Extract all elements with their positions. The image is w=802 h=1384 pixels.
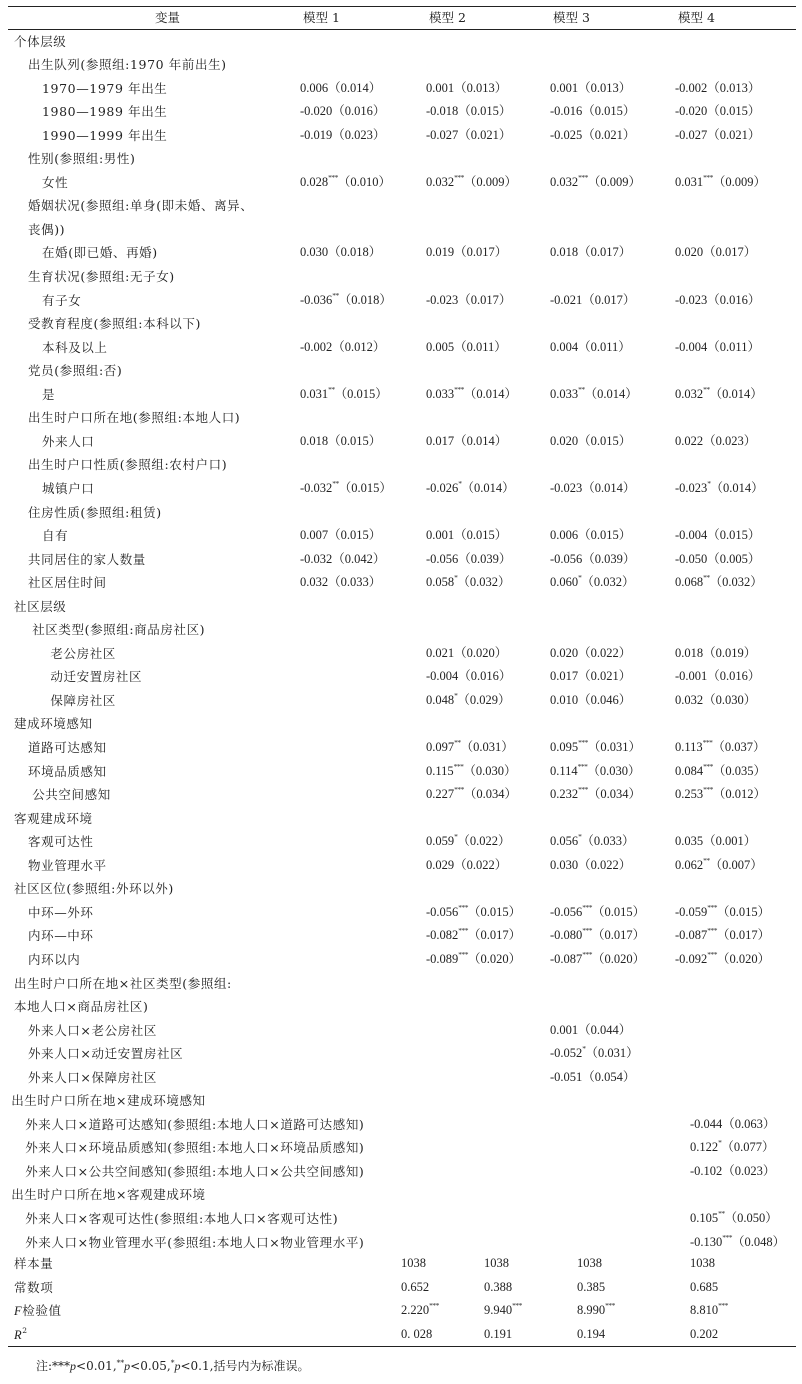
row-label: 出生时户口性质(参照组:农村户口): [28, 453, 227, 476]
table-row: 有子女-0.036**（0.018）-0.023（0.017）-0.021（0.…: [0, 289, 802, 312]
row-label: 受教育程度(参照组:本科以下): [28, 312, 201, 335]
summary-row: 常数项0.6520.3880.3850.685: [0, 1276, 802, 1299]
cell-model-3: 0.030（0.022）: [550, 854, 631, 877]
summary-cell-model-3: 0.385: [577, 1276, 605, 1299]
significance-stars: ***: [578, 173, 588, 182]
cell-model-3: 0.033**（0.014）: [550, 383, 638, 406]
cell-model-4: -0.102（0.023）: [690, 1160, 775, 1183]
cell-model-2: -0.027（0.021）: [426, 124, 511, 147]
row-label: 1990—1999 年出生: [42, 124, 167, 147]
table-row: 自有0.007（0.015）0.001（0.015）0.006（0.015）-0…: [0, 524, 802, 547]
significance-stars: *: [454, 573, 457, 582]
table-row: 社区类型(参照组:商品房社区): [0, 618, 802, 641]
cell-model-1: -0.032**（0.015）: [300, 477, 392, 500]
table-row: 出生队列(参照组:1970 年前出生): [0, 53, 802, 76]
row-label: 出生队列(参照组:1970 年前出生): [28, 53, 227, 76]
cell-model-2: 0.005（0.011）: [426, 336, 507, 359]
cell-model-3: -0.021（0.017）: [550, 289, 635, 312]
summary-label: 常数项: [14, 1276, 53, 1299]
table-row: 在婚(即已婚、再婚)0.030（0.018）0.019（0.017）0.018（…: [0, 241, 802, 264]
table-row: 1990—1999 年出生-0.019（0.023）-0.027（0.021）-…: [0, 124, 802, 147]
row-label: 道路可达感知: [28, 736, 107, 759]
significance-stars: ***: [458, 926, 468, 935]
cell-model-4: 0.062**（0.007）: [675, 854, 763, 877]
cell-model-4: 0.122*（0.077）: [690, 1136, 775, 1159]
significance-stars: ***: [582, 903, 592, 912]
significance-stars: *: [454, 691, 457, 700]
row-label: 城镇户口: [42, 477, 94, 500]
significance-stars: ***: [454, 385, 464, 394]
table-row: 保障房社区0.048*（0.029）0.010（0.046）0.032（0.03…: [0, 689, 802, 712]
header-model-2: 模型 2: [429, 9, 466, 27]
row-label: 共同居住的家人数量: [28, 548, 146, 571]
table-row: 社区居住时间0.032（0.033）0.058*（0.032）0.060*（0.…: [0, 571, 802, 594]
cell-model-1: 0.028***（0.010）: [300, 171, 391, 194]
row-label: 丧偶)): [28, 218, 65, 241]
cell-model-2: 0.033***（0.014）: [426, 383, 517, 406]
cell-model-2: -0.023（0.017）: [426, 289, 511, 312]
significance-stars: ***: [578, 738, 588, 747]
significance-stars: ***: [458, 950, 468, 959]
cell-model-4: -0.004（0.015）: [675, 524, 760, 547]
header-model-4: 模型 4: [678, 9, 715, 27]
row-label: 1980—1989 年出生: [42, 100, 167, 123]
cell-model-2: 0.029（0.022）: [426, 854, 507, 877]
row-label: 外来人口×公共空间感知(参照组:本地人口×公共空间感知): [25, 1160, 364, 1183]
significance-stars: ***: [707, 950, 717, 959]
table-row: 党员(参照组:否): [0, 359, 802, 382]
row-label: 婚姻状况(参照组:单身(即未婚、离异、: [28, 194, 253, 217]
significance-stars: **: [328, 385, 335, 394]
table-row: 丧偶)): [0, 218, 802, 241]
table-row: 性别(参照组:男性): [0, 147, 802, 170]
significance-stars: **: [454, 738, 461, 747]
row-label: 社区居住时间: [28, 571, 107, 594]
table-row: 动迁安置房社区-0.004（0.016）0.017（0.021）-0.001（0…: [0, 665, 802, 688]
table-row: 内环以内-0.089***（0.020）-0.087***（0.020）-0.0…: [0, 948, 802, 971]
table-row: 客观建成环境: [0, 807, 802, 830]
row-label: 1970—1979 年出生: [42, 77, 167, 100]
cell-model-4: 0.113***（0.037）: [675, 736, 766, 759]
table-row: 老公房社区0.021（0.020）0.020（0.022）0.018（0.019…: [0, 642, 802, 665]
table-row: 外来人口×环境品质感知(参照组:本地人口×环境品质感知)0.122*（0.077…: [0, 1136, 802, 1159]
cell-model-4: -0.023*（0.014）: [675, 477, 764, 500]
table-row: 本地人口×商品房社区): [0, 995, 802, 1018]
table-row: 外来人口×动迁安置房社区-0.052*（0.031）: [0, 1042, 802, 1065]
cell-model-2: 0.019（0.017）: [426, 241, 507, 264]
cell-model-4: -0.044（0.063）: [690, 1113, 775, 1136]
cell-model-3: 0.001（0.044）: [550, 1019, 631, 1042]
row-label: 有子女: [42, 289, 81, 312]
row-label: 社区类型(参照组:商品房社区): [32, 618, 205, 641]
significance-stars: ***: [605, 1301, 615, 1310]
cell-model-3: -0.025（0.021）: [550, 124, 635, 147]
table-row: 公共空间感知0.227***（0.034）0.232***（0.034）0.25…: [0, 783, 802, 806]
row-label: 内环以内: [28, 948, 80, 971]
significance-stars: ***: [458, 903, 468, 912]
significance-stars: *: [458, 479, 461, 488]
cell-model-1: 0.006（0.014）: [300, 77, 381, 100]
cell-model-4: -0.087***（0.017）: [675, 924, 770, 947]
row-label: 外来人口×道路可达感知(参照组:本地人口×道路可达感知): [25, 1113, 364, 1136]
cell-model-1: -0.002（0.012）: [300, 336, 385, 359]
significance-stars: ***: [707, 926, 717, 935]
cell-model-2: 0.059*（0.022）: [426, 830, 511, 853]
table-row: 城镇户口-0.032**（0.015）-0.026*（0.014）-0.023（…: [0, 477, 802, 500]
row-label: 住房性质(参照组:租赁): [28, 501, 162, 524]
summary-label: R2: [14, 1323, 28, 1347]
summary-cell-model-1: 0. 028: [401, 1323, 432, 1346]
table-row: 共同居住的家人数量-0.032（0.042）-0.056（0.039）-0.05…: [0, 548, 802, 571]
cell-model-4: 0.022（0.023）: [675, 430, 756, 453]
row-label: 性别(参照组:男性): [28, 147, 135, 170]
table-row: 社区层级: [0, 595, 802, 618]
cell-model-4: 0.032（0.030）: [675, 689, 756, 712]
cell-model-4: 0.031***（0.009）: [675, 171, 766, 194]
summary-row: R20. 0280.1910.1940.202: [0, 1323, 802, 1346]
summary-cell-model-3: 1038: [577, 1252, 602, 1275]
cell-model-2: 0.048*（0.029）: [426, 689, 511, 712]
table-row: 女性0.028***（0.010）0.032***（0.009）0.032***…: [0, 171, 802, 194]
row-label: 外来人口×客观可达性(参照组:本地人口×客观可达性): [25, 1207, 338, 1230]
significance-stars: ***: [454, 762, 464, 771]
table-row: 外来人口×公共空间感知(参照组:本地人口×公共空间感知)-0.102（0.023…: [0, 1160, 802, 1183]
table-row: 婚姻状况(参照组:单身(即未婚、离异、: [0, 194, 802, 217]
cell-model-2: -0.004（0.016）: [426, 665, 511, 688]
row-label: 党员(参照组:否): [28, 359, 122, 382]
row-label: 老公房社区: [50, 642, 116, 665]
table-row: 是0.031**（0.015）0.033***（0.014）0.033**（0.…: [0, 383, 802, 406]
table-row: 客观可达性0.059*（0.022）0.056*（0.033）0.035（0.0…: [0, 830, 802, 853]
row-label: 生育状况(参照组:无子女): [28, 265, 175, 288]
cell-model-4: 0.253***（0.012）: [675, 783, 766, 806]
table-row: 出生时户口所在地×社区类型(参照组:: [0, 972, 802, 995]
cell-model-3: 0.006（0.015）: [550, 524, 631, 547]
significance-stars: ***: [703, 738, 713, 747]
row-label: 外来人口×动迁安置房社区: [28, 1042, 183, 1065]
significance-stars: **: [578, 385, 585, 394]
cell-model-3: -0.051（0.054）: [550, 1066, 635, 1089]
significance-stars: *: [718, 1138, 721, 1147]
cell-model-3: -0.056***（0.015）: [550, 901, 645, 924]
cell-model-4: 0.032**（0.014）: [675, 383, 763, 406]
summary-cell-model-4: 0.202: [690, 1323, 718, 1346]
summary-cell-model-2: 0.191: [484, 1323, 512, 1346]
significance-stars: ***: [703, 173, 713, 182]
summary-cell-model-1: 2.220***: [401, 1299, 439, 1322]
summary-row: 样本量1038103810381038: [0, 1252, 802, 1275]
table-row: 1980—1989 年出生-0.020（0.016）-0.018（0.015）-…: [0, 100, 802, 123]
cell-model-3: -0.087***（0.020）: [550, 948, 645, 971]
row-label: 是: [42, 383, 55, 406]
summary-cell-model-2: 0.388: [484, 1276, 512, 1299]
significance-stars: *: [578, 832, 581, 841]
cell-model-3: -0.080***（0.017）: [550, 924, 645, 947]
header-variable: 变量: [155, 9, 180, 27]
cell-model-1: 0.007（0.015）: [300, 524, 381, 547]
summary-row: F检验值2.220***9.940***8.990***8.810***: [0, 1299, 802, 1322]
row-label: 本科及以上: [42, 336, 108, 359]
cell-model-2: -0.082***（0.017）: [426, 924, 521, 947]
cell-model-4: 0.020（0.017）: [675, 241, 756, 264]
significance-stars: **: [703, 385, 710, 394]
table-row: 内环—中环-0.082***（0.017）-0.080***（0.017）-0.…: [0, 924, 802, 947]
cell-model-4: 0.018（0.019）: [675, 642, 756, 665]
cell-model-4: -0.092***（0.020）: [675, 948, 770, 971]
cell-model-4: -0.050（0.005）: [675, 548, 760, 571]
cell-model-3: 0.001（0.013）: [550, 77, 631, 100]
cell-model-3: 0.232***（0.034）: [550, 783, 641, 806]
row-label: 外来人口: [42, 430, 94, 453]
significance-stars: ***: [703, 785, 713, 794]
significance-stars: *: [707, 479, 710, 488]
row-label: 内环—中环: [28, 924, 94, 947]
significance-stars: ***: [722, 1233, 732, 1242]
summary-cell-model-2: 9.940***: [484, 1299, 522, 1322]
summary-cell-model-3: 0.194: [577, 1323, 605, 1346]
significance-stars: **: [332, 479, 339, 488]
cell-model-2: 0.097**（0.031）: [426, 736, 514, 759]
cell-model-1: 0.031**（0.015）: [300, 383, 388, 406]
significance-stars: *: [578, 573, 581, 582]
cell-model-3: 0.010（0.046）: [550, 689, 631, 712]
cell-model-2: 0.032***（0.009）: [426, 171, 517, 194]
header-model-1: 模型 1: [303, 9, 340, 27]
row-label: 出生时户口所在地×客观建成环境: [11, 1183, 205, 1206]
cell-model-3: 0.060*（0.032）: [550, 571, 635, 594]
cell-model-3: -0.016（0.015）: [550, 100, 635, 123]
row-label: 个体层级: [14, 30, 66, 53]
summary-cell-model-2: 1038: [484, 1252, 509, 1275]
cell-model-2: -0.026*（0.014）: [426, 477, 515, 500]
row-label: 出生时户口所在地×社区类型(参照组:: [14, 972, 232, 995]
table-row: 本科及以上-0.002（0.012）0.005（0.011）0.004（0.01…: [0, 336, 802, 359]
row-label: 出生时户口所在地×建成环境感知: [11, 1089, 205, 1112]
table-row: 外来人口×客观可达性(参照组:本地人口×客观可达性)0.105**（0.050）: [0, 1207, 802, 1230]
summary-cell-model-1: 0.652: [401, 1276, 429, 1299]
significance-stars: ***: [582, 926, 592, 935]
cell-model-3: 0.056*（0.033）: [550, 830, 635, 853]
cell-model-2: -0.018（0.015）: [426, 100, 511, 123]
cell-model-4: -0.002（0.013）: [675, 77, 760, 100]
row-label: 外来人口×环境品质感知(参照组:本地人口×环境品质感知): [25, 1136, 364, 1159]
summary-label: F检验值: [14, 1299, 62, 1323]
table-row: 出生时户口性质(参照组:农村户口): [0, 453, 802, 476]
table-note: 注:***p<0.01,**p<0.05,*p<0.1,括号内为标准误。: [36, 1354, 309, 1375]
significance-stars: ***: [328, 173, 338, 182]
table-row: 个体层级: [0, 30, 802, 53]
table-row: 住房性质(参照组:租赁): [0, 501, 802, 524]
cell-model-1: -0.020（0.016）: [300, 100, 385, 123]
cell-model-2: -0.056（0.039）: [426, 548, 511, 571]
significance-stars: ***: [578, 762, 588, 771]
cell-model-2: 0.017（0.014）: [426, 430, 507, 453]
significance-stars: ***: [707, 903, 717, 912]
summary-cell-model-1: 1038: [401, 1252, 426, 1275]
table-row: 物业管理水平0.029（0.022）0.030（0.022）0.062**（0.…: [0, 854, 802, 877]
table-row: 出生时户口所在地×客观建成环境: [0, 1183, 802, 1206]
table-row: 外来人口×保障房社区-0.051（0.054）: [0, 1066, 802, 1089]
cell-model-3: -0.056（0.039）: [550, 548, 635, 571]
row-label: 中环—外环: [28, 901, 94, 924]
table-row: 中环—外环-0.056***（0.015）-0.056***（0.015）-0.…: [0, 901, 802, 924]
cell-model-4: -0.023（0.016）: [675, 289, 760, 312]
table-row: 外来人口×老公房社区0.001（0.044）: [0, 1019, 802, 1042]
row-label: 在婚(即已婚、再婚): [42, 241, 158, 264]
row-label: 动迁安置房社区: [50, 665, 142, 688]
significance-stars: **: [703, 856, 710, 865]
cell-model-1: 0.030（0.018）: [300, 241, 381, 264]
summary-cell-model-4: 1038: [690, 1252, 715, 1275]
significance-stars: **: [332, 291, 339, 300]
cell-model-2: 0.058*（0.032）: [426, 571, 511, 594]
cell-model-3: 0.020（0.022）: [550, 642, 631, 665]
cell-model-3: 0.020（0.015）: [550, 430, 631, 453]
row-label: 本地人口×商品房社区): [14, 995, 148, 1018]
row-label: 自有: [42, 524, 68, 547]
row-label: 保障房社区: [50, 689, 116, 712]
table-row: 1970—1979 年出生0.006（0.014）0.001（0.013）0.0…: [0, 77, 802, 100]
cell-model-4: -0.001（0.016）: [675, 665, 760, 688]
significance-stars: ***: [703, 762, 713, 771]
table-row: 建成环境感知: [0, 712, 802, 735]
table-top-rule: [8, 6, 796, 7]
row-label: 社区区位(参照组:外环以外): [14, 877, 174, 900]
summary-cell-model-3: 8.990***: [577, 1299, 615, 1322]
cell-model-4: -0.004（0.011）: [675, 336, 760, 359]
significance-stars: *: [582, 1044, 585, 1053]
row-label: 客观建成环境: [14, 807, 93, 830]
table-row: 出生时户口所在地(参照组:本地人口): [0, 406, 802, 429]
cell-model-1: -0.032（0.042）: [300, 548, 385, 571]
cell-model-3: -0.052*（0.031）: [550, 1042, 639, 1065]
significance-stars: ***: [454, 173, 464, 182]
significance-stars: ***: [578, 785, 588, 794]
row-label: 物业管理水平: [28, 854, 107, 877]
cell-model-2: -0.056***（0.015）: [426, 901, 521, 924]
cell-model-4: 0.035（0.001）: [675, 830, 756, 853]
table-row: 外来人口0.018（0.015）0.017（0.014）0.020（0.015）…: [0, 430, 802, 453]
table-row: 环境品质感知0.115***（0.030）0.114***（0.030）0.08…: [0, 760, 802, 783]
table-row: 受教育程度(参照组:本科以下): [0, 312, 802, 335]
row-label: 女性: [42, 171, 68, 194]
table-row: 生育状况(参照组:无子女): [0, 265, 802, 288]
cell-model-2: 0.001（0.013）: [426, 77, 507, 100]
cell-model-2: 0.001（0.015）: [426, 524, 507, 547]
cell-model-1: -0.019（0.023）: [300, 124, 385, 147]
table-row: 外来人口×物业管理水平(参照组:本地人口×物业管理水平)-0.130***（0.…: [0, 1231, 802, 1254]
table-row: 出生时户口所在地×建成环境感知: [0, 1089, 802, 1112]
cell-model-3: 0.095***（0.031）: [550, 736, 641, 759]
cell-model-2: 0.021（0.020）: [426, 642, 507, 665]
cell-model-3: 0.018（0.017）: [550, 241, 631, 264]
cell-model-2: 0.115***（0.030）: [426, 760, 517, 783]
cell-model-3: -0.023（0.014）: [550, 477, 635, 500]
cell-model-1: -0.036**（0.018）: [300, 289, 392, 312]
cell-model-4: -0.059***（0.015）: [675, 901, 770, 924]
table-row: 道路可达感知0.097**（0.031）0.095***（0.031）0.113…: [0, 736, 802, 759]
cell-model-4: 0.105**（0.050）: [690, 1207, 778, 1230]
header-model-3: 模型 3: [553, 9, 590, 27]
cell-model-4: -0.027（0.021）: [675, 124, 760, 147]
cell-model-3: 0.032***（0.009）: [550, 171, 641, 194]
significance-stars: ***: [718, 1301, 728, 1310]
row-label: 社区层级: [14, 595, 66, 618]
significance-stars: *: [454, 832, 457, 841]
row-label: 外来人口×物业管理水平(参照组:本地人口×物业管理水平): [25, 1231, 364, 1254]
row-label: 客观可达性: [28, 830, 94, 853]
table-row: 社区区位(参照组:外环以外): [0, 877, 802, 900]
significance-stars: ***: [582, 950, 592, 959]
row-label: 环境品质感知: [28, 760, 107, 783]
cell-model-1: 0.018（0.015）: [300, 430, 381, 453]
significance-stars: ***: [454, 785, 464, 794]
table-row: 外来人口×道路可达感知(参照组:本地人口×道路可达感知)-0.044（0.063…: [0, 1113, 802, 1136]
summary-cell-model-4: 0.685: [690, 1276, 718, 1299]
cell-model-4: -0.020（0.015）: [675, 100, 760, 123]
summary-cell-model-4: 8.810***: [690, 1299, 728, 1322]
cell-model-4: 0.068**（0.032）: [675, 571, 763, 594]
row-label: 公共空间感知: [32, 783, 111, 806]
table-bottom-rule: [8, 1346, 796, 1347]
row-label: 外来人口×保障房社区: [28, 1066, 157, 1089]
cell-model-3: 0.114***（0.030）: [550, 760, 641, 783]
significance-stars: ***: [429, 1301, 439, 1310]
cell-model-2: 0.227***（0.034）: [426, 783, 517, 806]
significance-stars: **: [718, 1209, 725, 1218]
cell-model-4: 0.084***（0.035）: [675, 760, 766, 783]
row-label: 外来人口×老公房社区: [28, 1019, 157, 1042]
cell-model-3: 0.004（0.011）: [550, 336, 631, 359]
row-label: 出生时户口所在地(参照组:本地人口): [28, 406, 240, 429]
summary-label: 样本量: [14, 1252, 53, 1275]
significance-stars: **: [703, 573, 710, 582]
cell-model-2: -0.089***（0.020）: [426, 948, 521, 971]
cell-model-4: -0.130***（0.048）: [690, 1231, 785, 1254]
cell-model-1: 0.032（0.033）: [300, 571, 381, 594]
significance-stars: ***: [512, 1301, 522, 1310]
cell-model-3: 0.017（0.021）: [550, 665, 631, 688]
row-label: 建成环境感知: [14, 712, 93, 735]
